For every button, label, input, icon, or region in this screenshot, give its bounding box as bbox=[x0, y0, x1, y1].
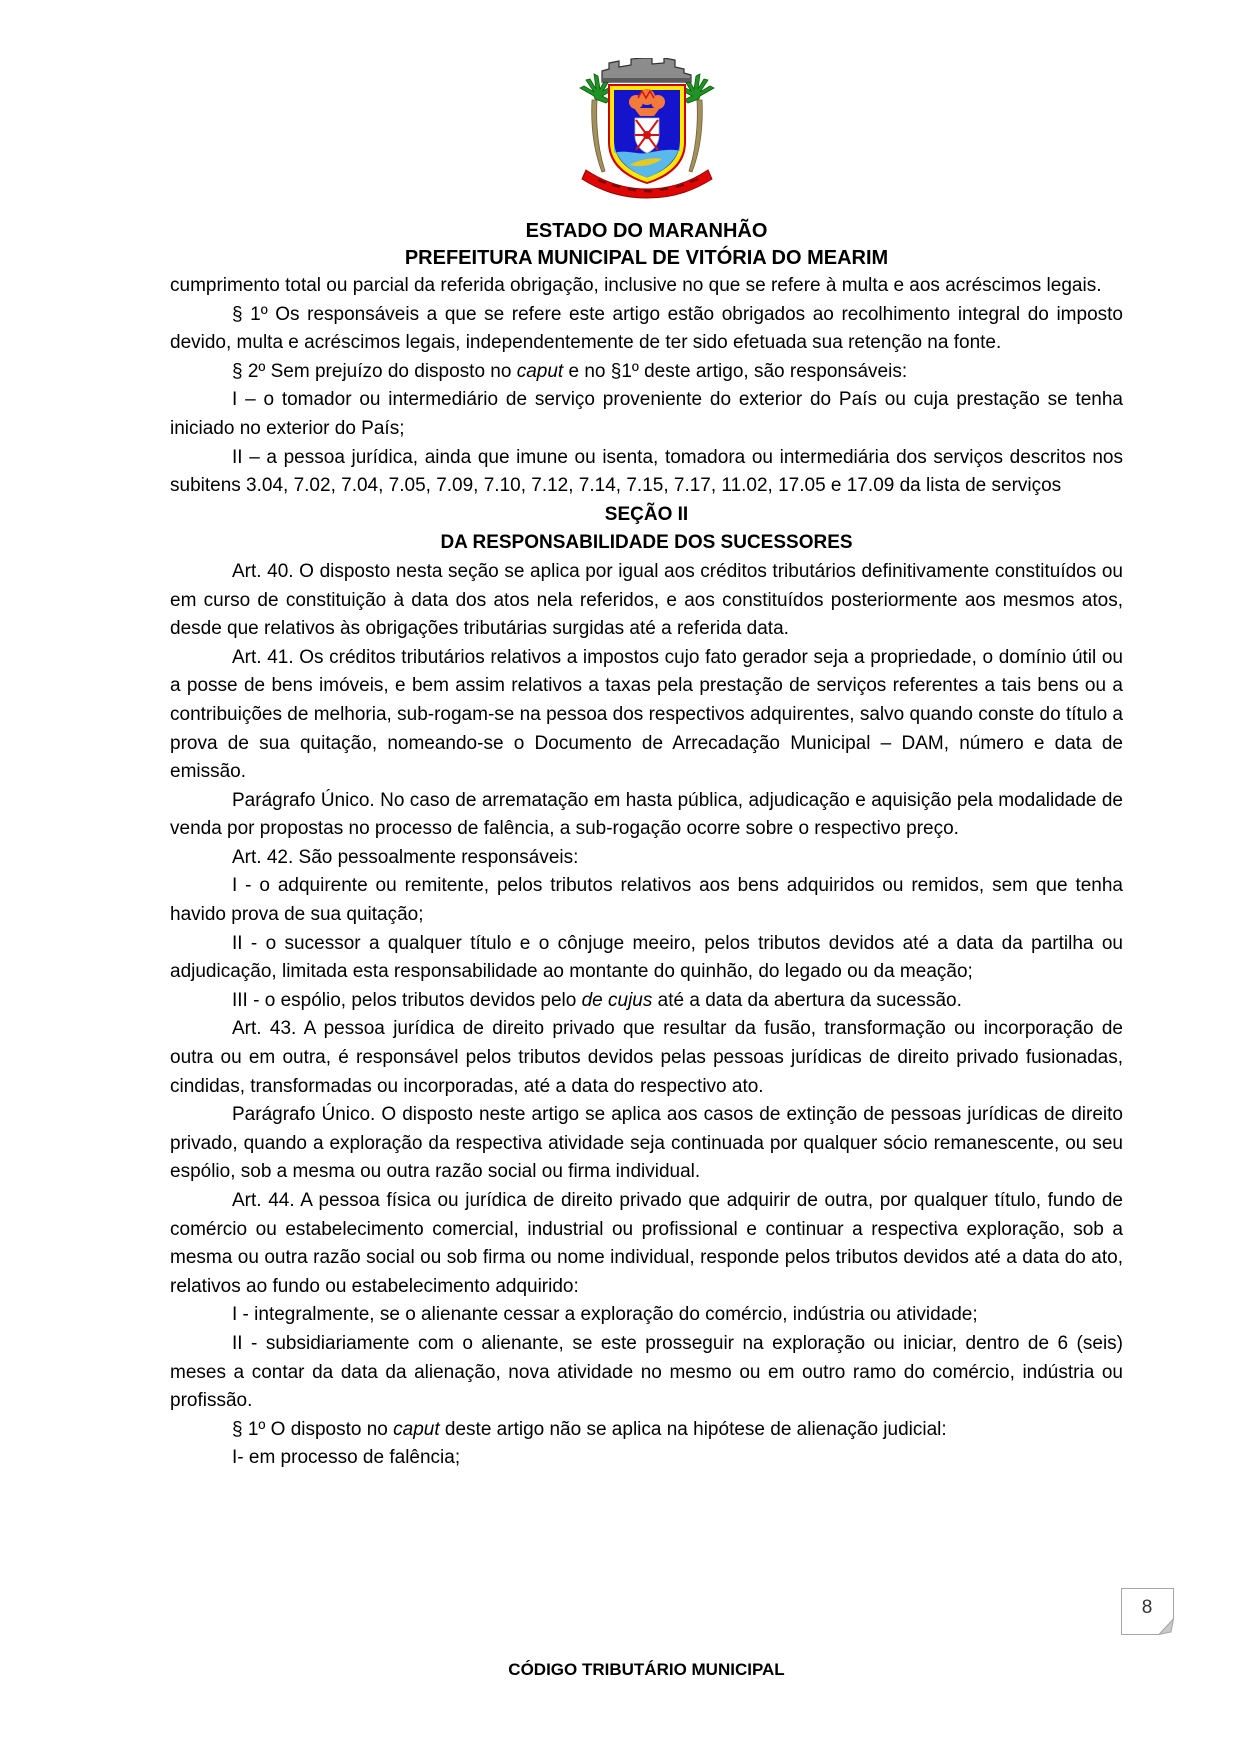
letterhead-municipality: PREFEITURA MUNICIPAL DE VITÓRIA DO MEARI… bbox=[170, 245, 1123, 272]
paragraph: II - o sucessor a qualquer título e o cô… bbox=[170, 930, 1123, 987]
coat-of-arms-graphic bbox=[578, 58, 716, 200]
paragraph: I- em processo de falência; bbox=[170, 1444, 1123, 1473]
paragraph: Art. 40. O disposto nesta seção se aplic… bbox=[170, 558, 1123, 644]
paragraph: I – o tomador ou intermediário de serviç… bbox=[170, 386, 1123, 443]
paragraph: § 2º Sem prejuízo do disposto no caput e… bbox=[170, 358, 1123, 387]
paragraph: Parágrafo Único. No caso de arrematação … bbox=[170, 787, 1123, 844]
paragraph: II - subsidiariamente com o alienante, s… bbox=[170, 1330, 1123, 1416]
paragraph: § 1º Os responsáveis a que se refere est… bbox=[170, 301, 1123, 358]
shield-icon bbox=[608, 84, 686, 184]
paragraph: cumprimento total ou parcial da referida… bbox=[170, 272, 1123, 301]
document-body: cumprimento total ou parcial da referida… bbox=[170, 272, 1123, 1473]
section-heading: SEÇÃO II bbox=[170, 501, 1123, 530]
paragraph: III - o espólio, pelos tributos devidos … bbox=[170, 987, 1123, 1016]
paragraph: Art. 44. A pessoa física ou jurídica de … bbox=[170, 1187, 1123, 1301]
page-number: 8 bbox=[1121, 1597, 1173, 1619]
section-heading: DA RESPONSABILIDADE DOS SUCESSORES bbox=[170, 529, 1123, 558]
document-footer: CÓDIGO TRIBUTÁRIO MUNICIPAL bbox=[170, 1660, 1123, 1680]
paragraph: Parágrafo Único. O disposto neste artigo… bbox=[170, 1101, 1123, 1187]
letterhead-state: ESTADO DO MARANHÃO bbox=[170, 218, 1123, 245]
paragraph: Art. 42. São pessoalmente responsáveis: bbox=[170, 844, 1123, 873]
mural-crown-icon bbox=[602, 58, 691, 82]
inner-shield-figure bbox=[635, 118, 659, 153]
letterhead: ESTADO DO MARANHÃO PREFEITURA MUNICIPAL … bbox=[170, 218, 1123, 272]
paragraph: Art. 43. A pessoa jurídica de direito pr… bbox=[170, 1015, 1123, 1101]
paragraph: Art. 41. Os créditos tributários relativ… bbox=[170, 644, 1123, 787]
paragraph: II – a pessoa jurídica, ainda que imune … bbox=[170, 444, 1123, 501]
document-page: ESTADO DO MARANHÃO PREFEITURA MUNICIPAL … bbox=[0, 0, 1240, 1754]
coat-of-arms bbox=[578, 58, 716, 200]
paragraph: I - integralmente, se o alienante cessar… bbox=[170, 1301, 1123, 1330]
page-number-badge: 8 bbox=[1121, 1588, 1184, 1636]
paragraph: I - o adquirente ou remitente, pelos tri… bbox=[170, 872, 1123, 929]
paragraph: § 1º O disposto no caput deste artigo nã… bbox=[170, 1416, 1123, 1445]
